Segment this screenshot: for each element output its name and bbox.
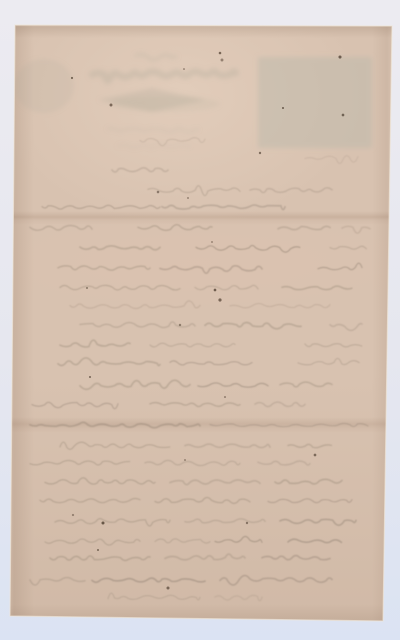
handwriting-stroke	[195, 285, 258, 289]
handwriting-stroke	[210, 423, 368, 426]
foxing-speck	[184, 459, 186, 461]
handwriting-stroke	[58, 358, 160, 366]
handwriting-stroke	[185, 519, 265, 523]
handwriting-stroke	[330, 246, 366, 249]
handwriting-stroke	[30, 422, 200, 427]
handwriting-stroke	[30, 225, 92, 230]
foxing-speck	[214, 289, 217, 292]
handwriting-stroke	[162, 205, 285, 210]
handwriting-stroke	[155, 497, 250, 503]
handwriting-stroke	[280, 519, 356, 525]
handwriting-stroke	[138, 225, 212, 231]
handwriting-stroke	[58, 266, 150, 270]
handwriting-stroke	[160, 266, 262, 273]
handwriting-stroke	[282, 286, 352, 290]
handwriting-stroke	[80, 246, 160, 250]
handwriting-stroke	[318, 263, 362, 270]
ornament-swash-ghost	[110, 96, 220, 112]
left-edge-ghost-blob	[14, 59, 74, 113]
handwriting-stroke	[185, 444, 270, 448]
handwriting-stroke	[50, 556, 150, 561]
foxing-speck	[314, 454, 317, 457]
foxing-speck	[101, 521, 104, 524]
foxing-speck	[187, 197, 189, 199]
handwriting-stroke	[255, 402, 305, 407]
foxing-speck	[338, 55, 341, 58]
handwriting-stroke	[258, 461, 310, 465]
handwriting-stroke	[275, 479, 342, 484]
handwriting-stroke	[262, 556, 330, 560]
handwriting-stroke	[45, 478, 155, 484]
handwriting-stroke	[198, 383, 268, 387]
letterhead-title-ghost	[92, 71, 236, 81]
foxing-speck	[97, 549, 99, 551]
handwriting-stroke	[230, 304, 330, 308]
handwriting-stroke	[278, 226, 330, 229]
foxing-speck	[183, 68, 185, 70]
handwriting-stroke	[40, 498, 140, 502]
handwriting-stroke	[70, 301, 200, 309]
handwriting-stroke	[155, 539, 210, 543]
handwriting-stroke	[60, 340, 130, 347]
handwriting-stroke	[150, 403, 240, 407]
handwriting-stroke	[215, 536, 262, 542]
showthrough-art	[0, 0, 400, 640]
handwriting-stroke	[145, 460, 240, 465]
letterhead-subline-1-ghost	[108, 128, 198, 132]
handwriting-stroke	[170, 480, 260, 485]
foxing-speck	[221, 59, 224, 62]
letter-paper	[0, 0, 400, 640]
foxing-speck	[166, 586, 169, 589]
handwriting-stroke	[140, 138, 205, 146]
handwriting-stroke	[205, 323, 301, 329]
handwriting-stroke	[305, 156, 358, 164]
foxing-speck	[282, 107, 284, 109]
handwriting-stroke	[112, 168, 168, 172]
handwriting-stroke	[220, 576, 332, 585]
handwriting-stroke	[330, 324, 362, 331]
handwriting-stroke	[165, 554, 245, 560]
mirrored-handwriting-strokes	[30, 138, 370, 601]
foxing-speck	[86, 287, 88, 289]
letter-photo	[0, 0, 400, 640]
foxing-speck	[259, 152, 261, 154]
handwriting-stroke	[280, 382, 332, 387]
handwriting-stroke	[108, 593, 200, 600]
handwriting-stroke	[215, 595, 262, 600]
handwriting-stroke	[30, 460, 130, 464]
foxing-speck	[211, 241, 213, 243]
handwriting-stroke	[60, 442, 170, 449]
foxing-speck	[110, 104, 113, 107]
handwriting-stroke	[92, 578, 205, 582]
handwriting-stroke	[170, 361, 252, 365]
letterhead-and-stamp-ghosts	[14, 54, 372, 148]
foxing-speck	[72, 514, 74, 516]
handwriting-stroke	[288, 444, 331, 447]
handwriting-stroke	[30, 578, 85, 585]
foxing-speck	[246, 522, 248, 524]
foxing-speck	[218, 298, 221, 301]
handwriting-stroke	[42, 205, 160, 209]
handwriting-stroke	[342, 226, 370, 233]
handwriting-stroke	[80, 322, 195, 328]
letterhead-subline-2-ghost	[118, 144, 190, 147]
foxing-speck	[179, 324, 181, 326]
handwriting-stroke	[196, 245, 300, 252]
handwriting-stroke	[268, 499, 352, 503]
foxing-speck	[219, 52, 222, 55]
handwriting-stroke	[288, 539, 341, 542]
handwriting-stroke	[305, 344, 362, 347]
handwriting-stroke	[45, 539, 140, 545]
letterhead-word-ghost	[136, 54, 176, 59]
handwriting-stroke	[148, 186, 240, 196]
handwriting-stroke	[55, 519, 170, 526]
handwriting-stroke	[60, 285, 180, 290]
handwriting-stroke	[80, 380, 190, 389]
foxing-speck	[89, 376, 91, 378]
handwriting-stroke	[298, 358, 359, 364]
foxing-speck	[157, 191, 160, 194]
foxing-speck	[71, 77, 73, 79]
handwriting-stroke	[32, 402, 118, 408]
foxing-speck	[224, 396, 226, 398]
handwriting-stroke	[150, 343, 235, 347]
handwriting-stroke	[250, 188, 332, 193]
foxing-speck	[342, 114, 345, 117]
stamp-ghost	[258, 57, 372, 148]
